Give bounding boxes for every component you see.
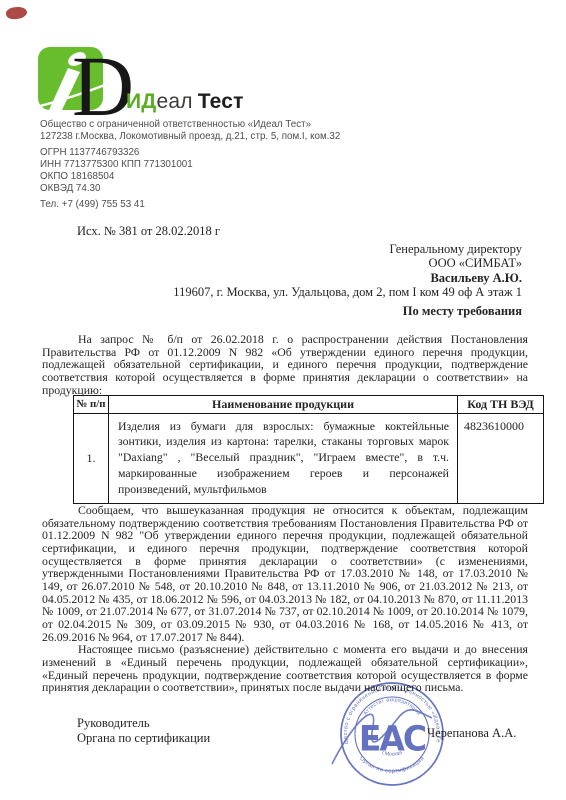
row-num: 1. <box>74 413 109 504</box>
signatory-role: Руководитель Органа по сертификации <box>77 716 210 745</box>
company-requisites: Общество с ограниченной ответственностью… <box>40 119 340 211</box>
header-tnved-code: Код ТН ВЭД <box>458 396 544 414</box>
scanned-letter: D ИДеалТест Общество с ограниченной отве… <box>0 0 566 800</box>
logo-wordmark: ИДеалТест <box>126 90 244 114</box>
brand-id: ИД <box>126 90 156 113</box>
company-name: Общество с ограниченной ответственностью… <box>40 119 340 131</box>
logo-d-letter: D <box>72 44 134 124</box>
company-address: 127238 г.Москва, Локомотивный проезд, д.… <box>40 131 340 143</box>
row-product-name: Изделия из бумаги для взрослых: бумажные… <box>109 413 458 504</box>
recipient-org: ООО «СИМБАТ» <box>173 256 522 270</box>
recipient-title: Генеральному директору <box>173 242 522 256</box>
table-header-row: № п/п Наименование продукции Код ТН ВЭД <box>74 396 544 414</box>
company-phone: Тел. +7 (499) 755 53 41 <box>40 199 340 211</box>
product-table: № п/п Наименование продукции Код ТН ВЭД … <box>73 395 544 504</box>
brand-eal: еал <box>156 90 192 113</box>
recipient-block: Генеральному директору ООО «СИМБАТ» Васи… <box>173 242 522 299</box>
company-inn-kpp: ИНН 7713775300 КПП 771301001 <box>40 159 340 171</box>
company-okpo: ОКПО 18168504 <box>40 171 340 183</box>
body-paragraph-2: Сообщаем, что вышеуказанная продукция не… <box>42 504 528 643</box>
recipient-person: Васильеву А.Ю. <box>173 271 522 285</box>
scan-red-mark <box>5 5 28 20</box>
body-paragraph-1: На запрос № б/п от 26.02.2018 г. о распр… <box>42 333 528 396</box>
header-num: № п/п <box>74 396 109 414</box>
signatory-role-line1: Руководитель <box>77 716 210 731</box>
brand-test: Тест <box>198 90 244 113</box>
row-tnved-code: 4823610000 <box>458 413 544 504</box>
recipient-address: 119607, г. Москва, ул. Удальцова, дом 2,… <box>173 285 522 299</box>
signatory-role-line2: Органа по сертификации <box>77 731 210 746</box>
outgoing-number: Исх. № 381 от 28.02.2018 г <box>77 224 220 239</box>
signatory-name: Черепанова А.А. <box>427 726 516 741</box>
company-okved: ОКВЭД 74.30 <box>40 183 340 195</box>
header-product-name: Наименование продукции <box>109 396 458 414</box>
company-ogrn: ОГРН 1137746793326 <box>40 147 340 159</box>
table-row: 1. Изделия из бумаги для взрослых: бумаж… <box>74 413 544 504</box>
place-of-demand-marker: По месту требования <box>403 304 522 319</box>
